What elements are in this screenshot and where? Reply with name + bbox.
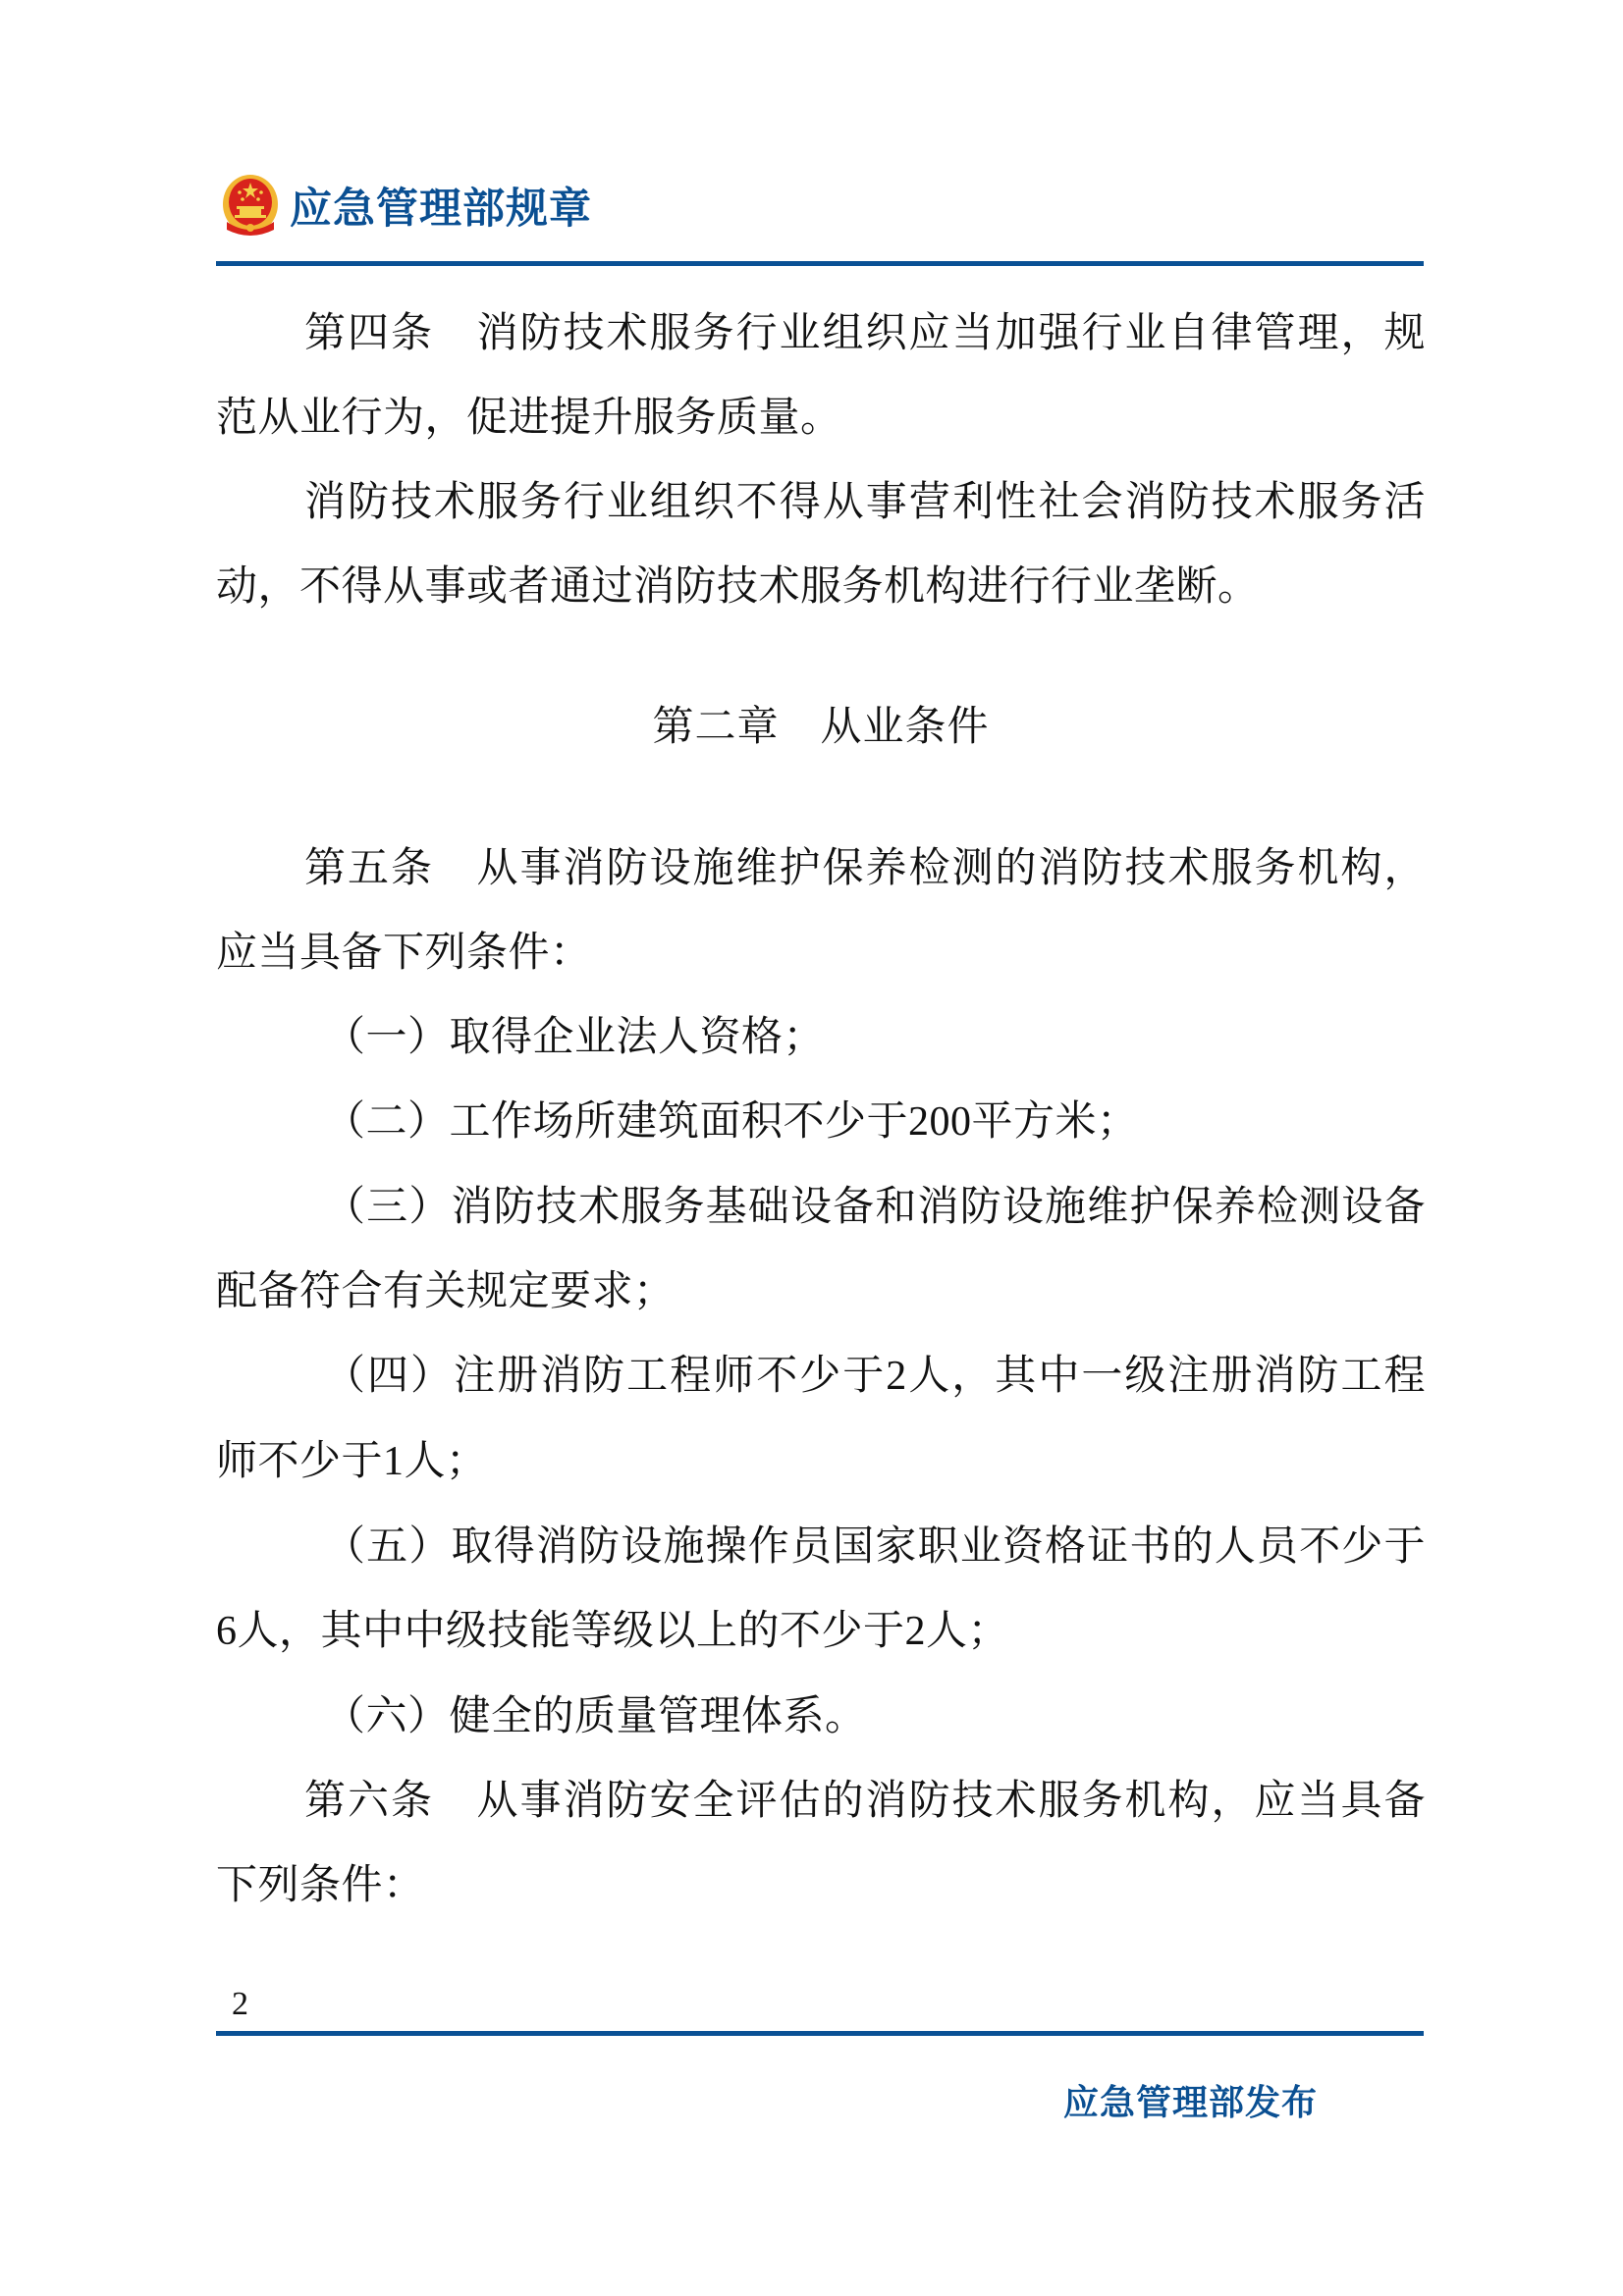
item-number: 200 (908, 1099, 972, 1145)
article-4-paragraph: 第四条消防技术服务行业组织应当加强行业自律管理，规范从业行为，促进提升服务质量。 (216, 291, 1426, 459)
item-number: 2 (905, 1609, 927, 1654)
chapter-title: 从业条件 (821, 702, 990, 750)
item-marker: （一） (324, 1012, 450, 1060)
item-text: 取得消防设施操作员国家职业资格证书的人员不少于 (452, 1522, 1426, 1570)
item-marker: （二） (324, 1096, 450, 1145)
item-marker: （三） (324, 1182, 452, 1230)
article-5-item-3: （三）消防技术服务基础设备和消防设施维护保养检测设备配备符合有关规定要求； (216, 1164, 1426, 1333)
article-5-paragraph: 第五条从事消防设施维护保养检测的消防技术服务机构，应当具备下列条件： (216, 826, 1426, 994)
article-5-label: 第五条 (304, 843, 434, 891)
article-5-item-5: （五）取得消防设施操作员国家职业资格证书的人员不少于6人，其中中级技能等级以上的… (216, 1504, 1426, 1674)
item-number: 1 (383, 1439, 405, 1484)
article-5-item-1: （一）取得企业法人资格； (216, 994, 1426, 1079)
article-6-label: 第六条 (304, 1776, 434, 1824)
footer-divider (216, 2031, 1424, 2036)
item-text: 人，其中中级技能等级以上的不少于 (238, 1606, 905, 1654)
chapter-heading: 第二章从业条件 (216, 684, 1426, 769)
article-4-paragraph-2: 消防技术服务行业组织不得从事营利性社会消防技术服务活动，不得从事或者通过消防技术… (216, 459, 1426, 628)
item-text: 工作场所建筑面积不少于 (450, 1096, 909, 1145)
chapter-label: 第二章 (652, 702, 779, 750)
item-text: 人； (926, 1606, 1009, 1654)
article-5-item-2: （二）工作场所建筑面积不少于200平方米； (216, 1079, 1426, 1164)
item-text: 取得企业法人资格； (450, 1012, 826, 1060)
footer-publisher: 应急管理部发布 (1063, 2075, 1318, 2125)
article-4-label: 第四条 (304, 308, 434, 356)
header-divider (216, 261, 1424, 266)
document-header: 应急管理部规章 (221, 171, 592, 240)
page-number: 2 (232, 1983, 248, 2026)
article-5-item-6: （六）健全的质量管理体系。 (216, 1674, 1426, 1758)
item-text: 注册消防工程师不少于 (454, 1351, 886, 1399)
document-body: 第四条消防技术服务行业组织应当加强行业自律管理，规范从业行为，促进提升服务质量。… (216, 291, 1426, 1927)
item-text: 平方米； (972, 1096, 1139, 1145)
item-number: 2 (886, 1354, 907, 1399)
article-6-paragraph: 第六条从事消防安全评估的消防技术服务机构，应当具备下列条件： (216, 1758, 1426, 1927)
item-number: 6 (216, 1609, 238, 1654)
item-text: 人； (405, 1436, 488, 1484)
item-marker: （六） (324, 1691, 450, 1739)
item-marker: （五） (324, 1522, 452, 1570)
national-emblem-icon (221, 173, 280, 238)
article-5-item-4: （四）注册消防工程师不少于2人，其中一级注册消防工程师不少于1人； (216, 1333, 1426, 1504)
header-title: 应急管理部规章 (290, 176, 592, 236)
item-marker: （四） (324, 1351, 454, 1399)
item-text: 健全的质量管理体系。 (450, 1691, 867, 1739)
